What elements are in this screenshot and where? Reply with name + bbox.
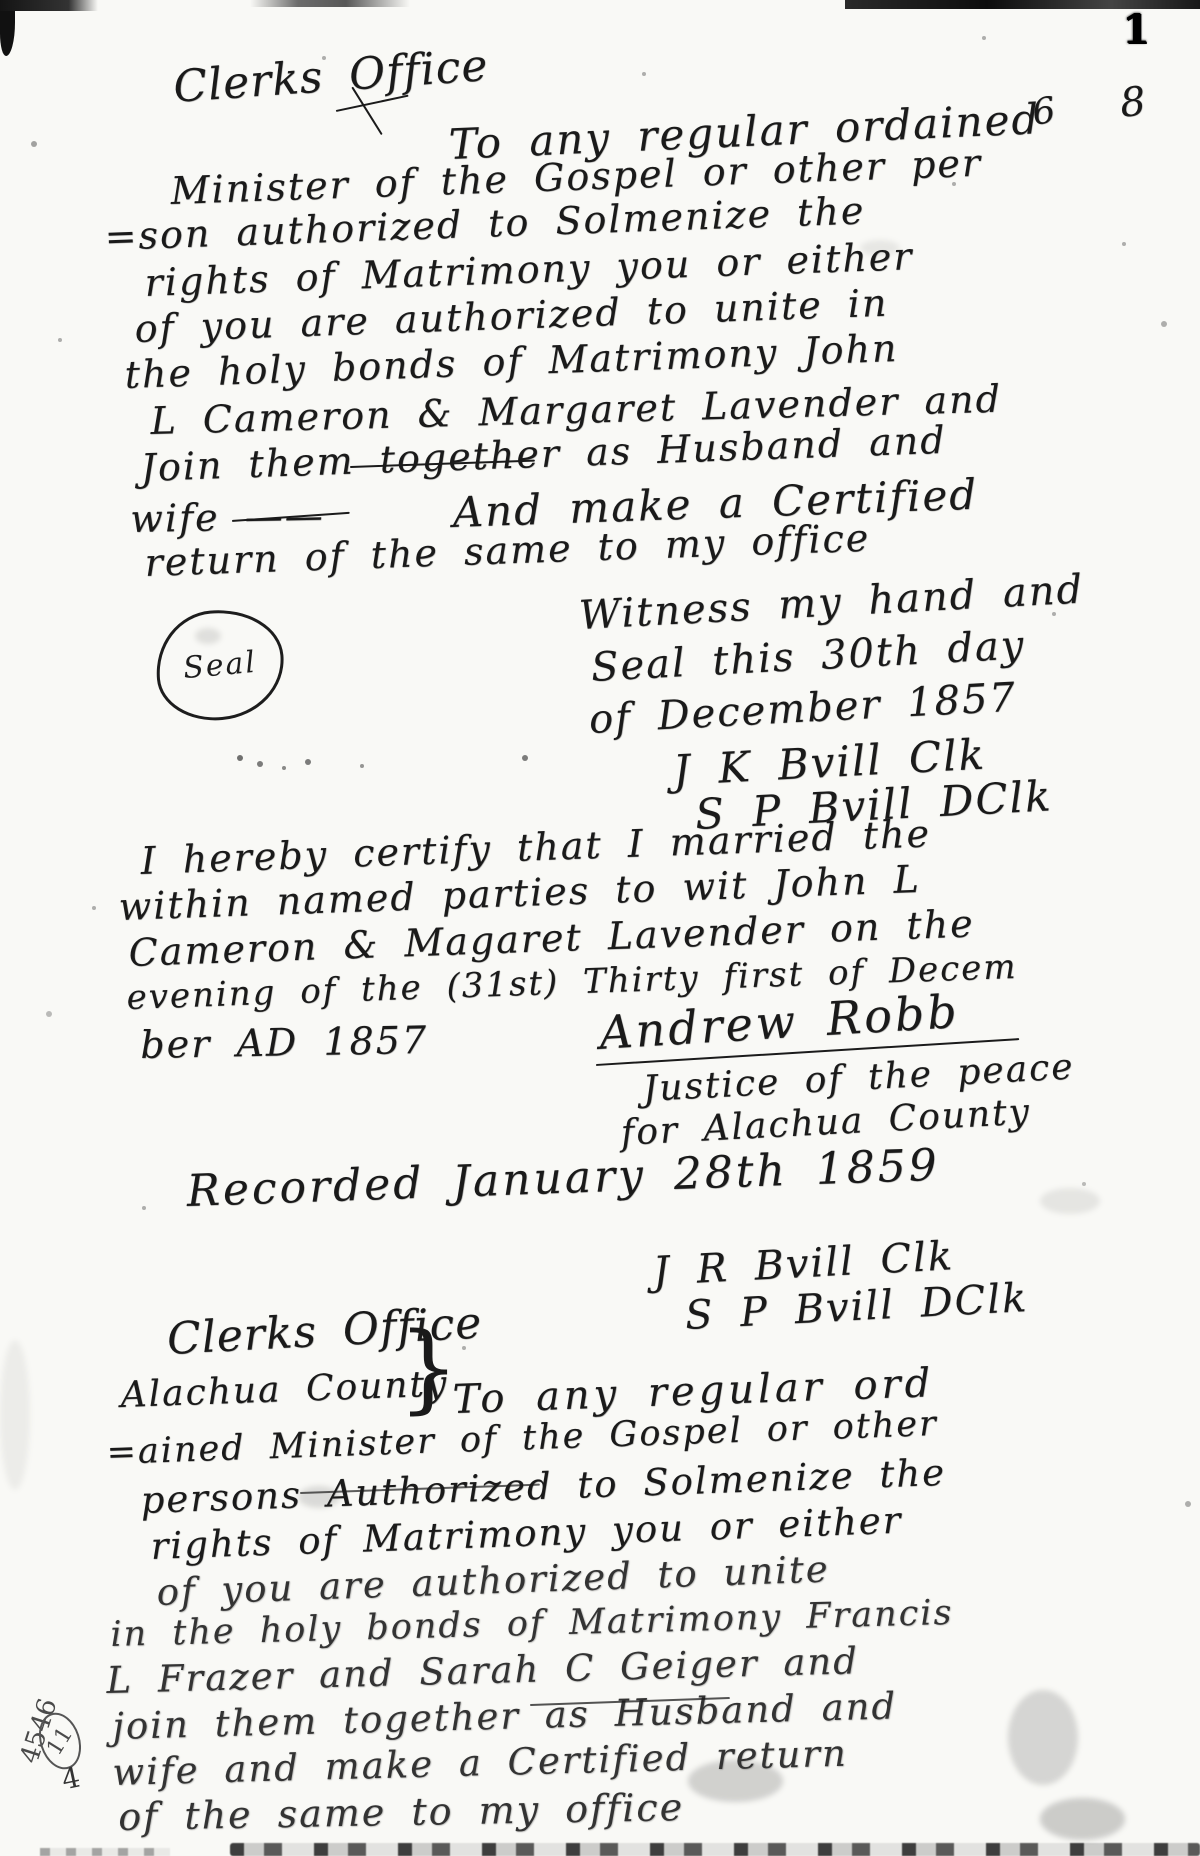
scan-artifact-bottom-strip [230,1843,1200,1856]
scan-artifact-top-left-bar [0,0,98,11]
scan-artifact-top-middle-bar [250,0,410,7]
clerks-office-heading-1: Clerks Office [172,44,490,110]
smudge [1040,1798,1125,1840]
certificate-line: ber AD 1857 [140,1021,428,1064]
corner-digit-right: 8 [1118,81,1149,124]
page-number: 1 [1122,6,1150,53]
manuscript-line: of the same to my office [118,1788,684,1836]
stamp-circled-number: 11 [42,1723,78,1760]
smudge [1040,1188,1100,1214]
ink-specks [0,0,4,4]
seal-mark: Seal [151,605,288,726]
recorded-line: Recorded January 28th 1859 [186,1144,940,1214]
stamp-digit: 4 [59,1761,83,1797]
smudge [1008,1690,1078,1785]
brace: } [398,1320,459,1416]
scanned-document-page: 1 6 8 Clerks Office To any regular ordai… [0,0,1200,1856]
scan-artifact-bottom-left [40,1848,170,1856]
seal-label: Seal [182,644,259,685]
smudge [0,1340,30,1490]
